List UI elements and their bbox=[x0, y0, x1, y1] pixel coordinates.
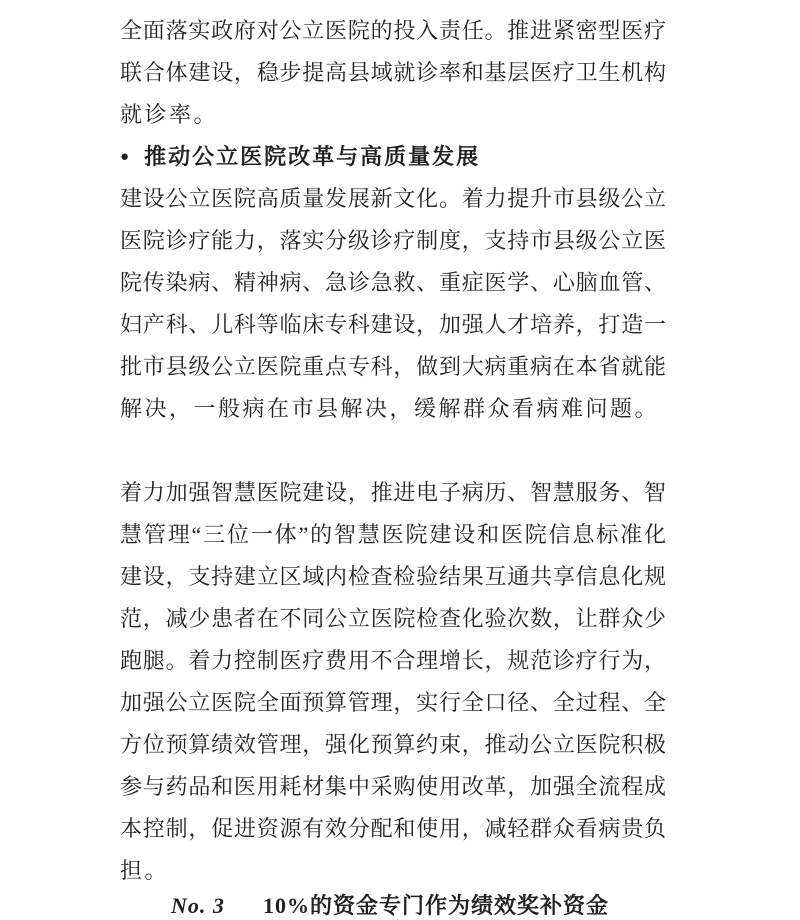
text-column: 全面落实政府对公立医院的投入责任。推进紧密型医疗 联合体建设，稳步提高县域就诊率… bbox=[120, 10, 666, 920]
text-line: 联合体建设，稳步提高县域就诊率和基层医疗卫生机构 bbox=[120, 52, 666, 94]
paragraph: 建设公立医院高质量发展新文化。着力提升市县级公立 医院诊疗能力，落实分级诊疗制度… bbox=[120, 178, 666, 430]
text-line: 跑腿。着力控制医疗费用不合理增长，规范诊疗行为， bbox=[120, 640, 666, 682]
text-line: 妇产科、儿科等临床专科建设，加强人才培养，打造一 bbox=[120, 304, 666, 346]
text-line: 批市县级公立医院重点专科，做到大病重病在本省就能 bbox=[120, 346, 666, 388]
text-line: 慧管理“三位一体”的智慧医院建设和医院信息标准化 bbox=[120, 514, 666, 556]
paragraph-gap bbox=[120, 430, 666, 472]
paragraph: 全面落实政府对公立医院的投入责任。推进紧密型医疗 联合体建设，稳步提高县域就诊率… bbox=[120, 10, 666, 136]
section-heading: ● 推动公立医院改革与高质量发展 bbox=[120, 136, 666, 178]
text-line: 着力加强智慧医院建设，推进电子病历、智慧服务、智 bbox=[120, 472, 666, 514]
section-heading-text: 推动公立医院改革与高质量发展 bbox=[144, 136, 480, 178]
text-line: 就诊率。 bbox=[120, 94, 666, 136]
next-section-title: No. 3 10%的资金专门作为绩效奖补资金 bbox=[60, 892, 720, 920]
text-line: 参与药品和医用耗材集中采购使用改革，加强全流程成 bbox=[120, 766, 666, 808]
text-line: 范，减少患者在不同公立医院检查化验次数，让群众少 bbox=[120, 598, 666, 640]
text-line: 建设，支持建立区域内检查检验结果互通共享信息化规 bbox=[120, 556, 666, 598]
paragraph: 着力加强智慧医院建设，推进电子病历、智慧服务、智 慧管理“三位一体”的智慧医院建… bbox=[120, 472, 666, 892]
bullet-icon: ● bbox=[120, 136, 129, 178]
text-line: 方位预算绩效管理，强化预算约束，推动公立医院积极 bbox=[120, 724, 666, 766]
text-line: 加强公立医院全面预算管理，实行全口径、全过程、全 bbox=[120, 682, 666, 724]
section-number: No. 3 bbox=[171, 892, 225, 920]
text-line: 担。 bbox=[120, 850, 666, 892]
text-line: 建设公立医院高质量发展新文化。着力提升市县级公立 bbox=[120, 178, 666, 220]
text-line: 解决，一般病在市县解决，缓解群众看病难问题。 bbox=[120, 388, 666, 430]
text-line: 本控制，促进资源有效分配和使用，减轻群众看病贵负 bbox=[120, 808, 666, 850]
text-line: 医院诊疗能力，落实分级诊疗制度，支持市县级公立医 bbox=[120, 220, 666, 262]
section-title-text: 10%的资金专门作为绩效奖补资金 bbox=[263, 892, 609, 920]
text-line: 全面落实政府对公立医院的投入责任。推进紧密型医疗 bbox=[120, 10, 666, 52]
document-page: 全面落实政府对公立医院的投入责任。推进紧密型医疗 联合体建设，稳步提高县域就诊率… bbox=[0, 0, 800, 920]
text-line: 院传染病、精神病、急诊急救、重症医学、心脑血管、 bbox=[120, 262, 666, 304]
